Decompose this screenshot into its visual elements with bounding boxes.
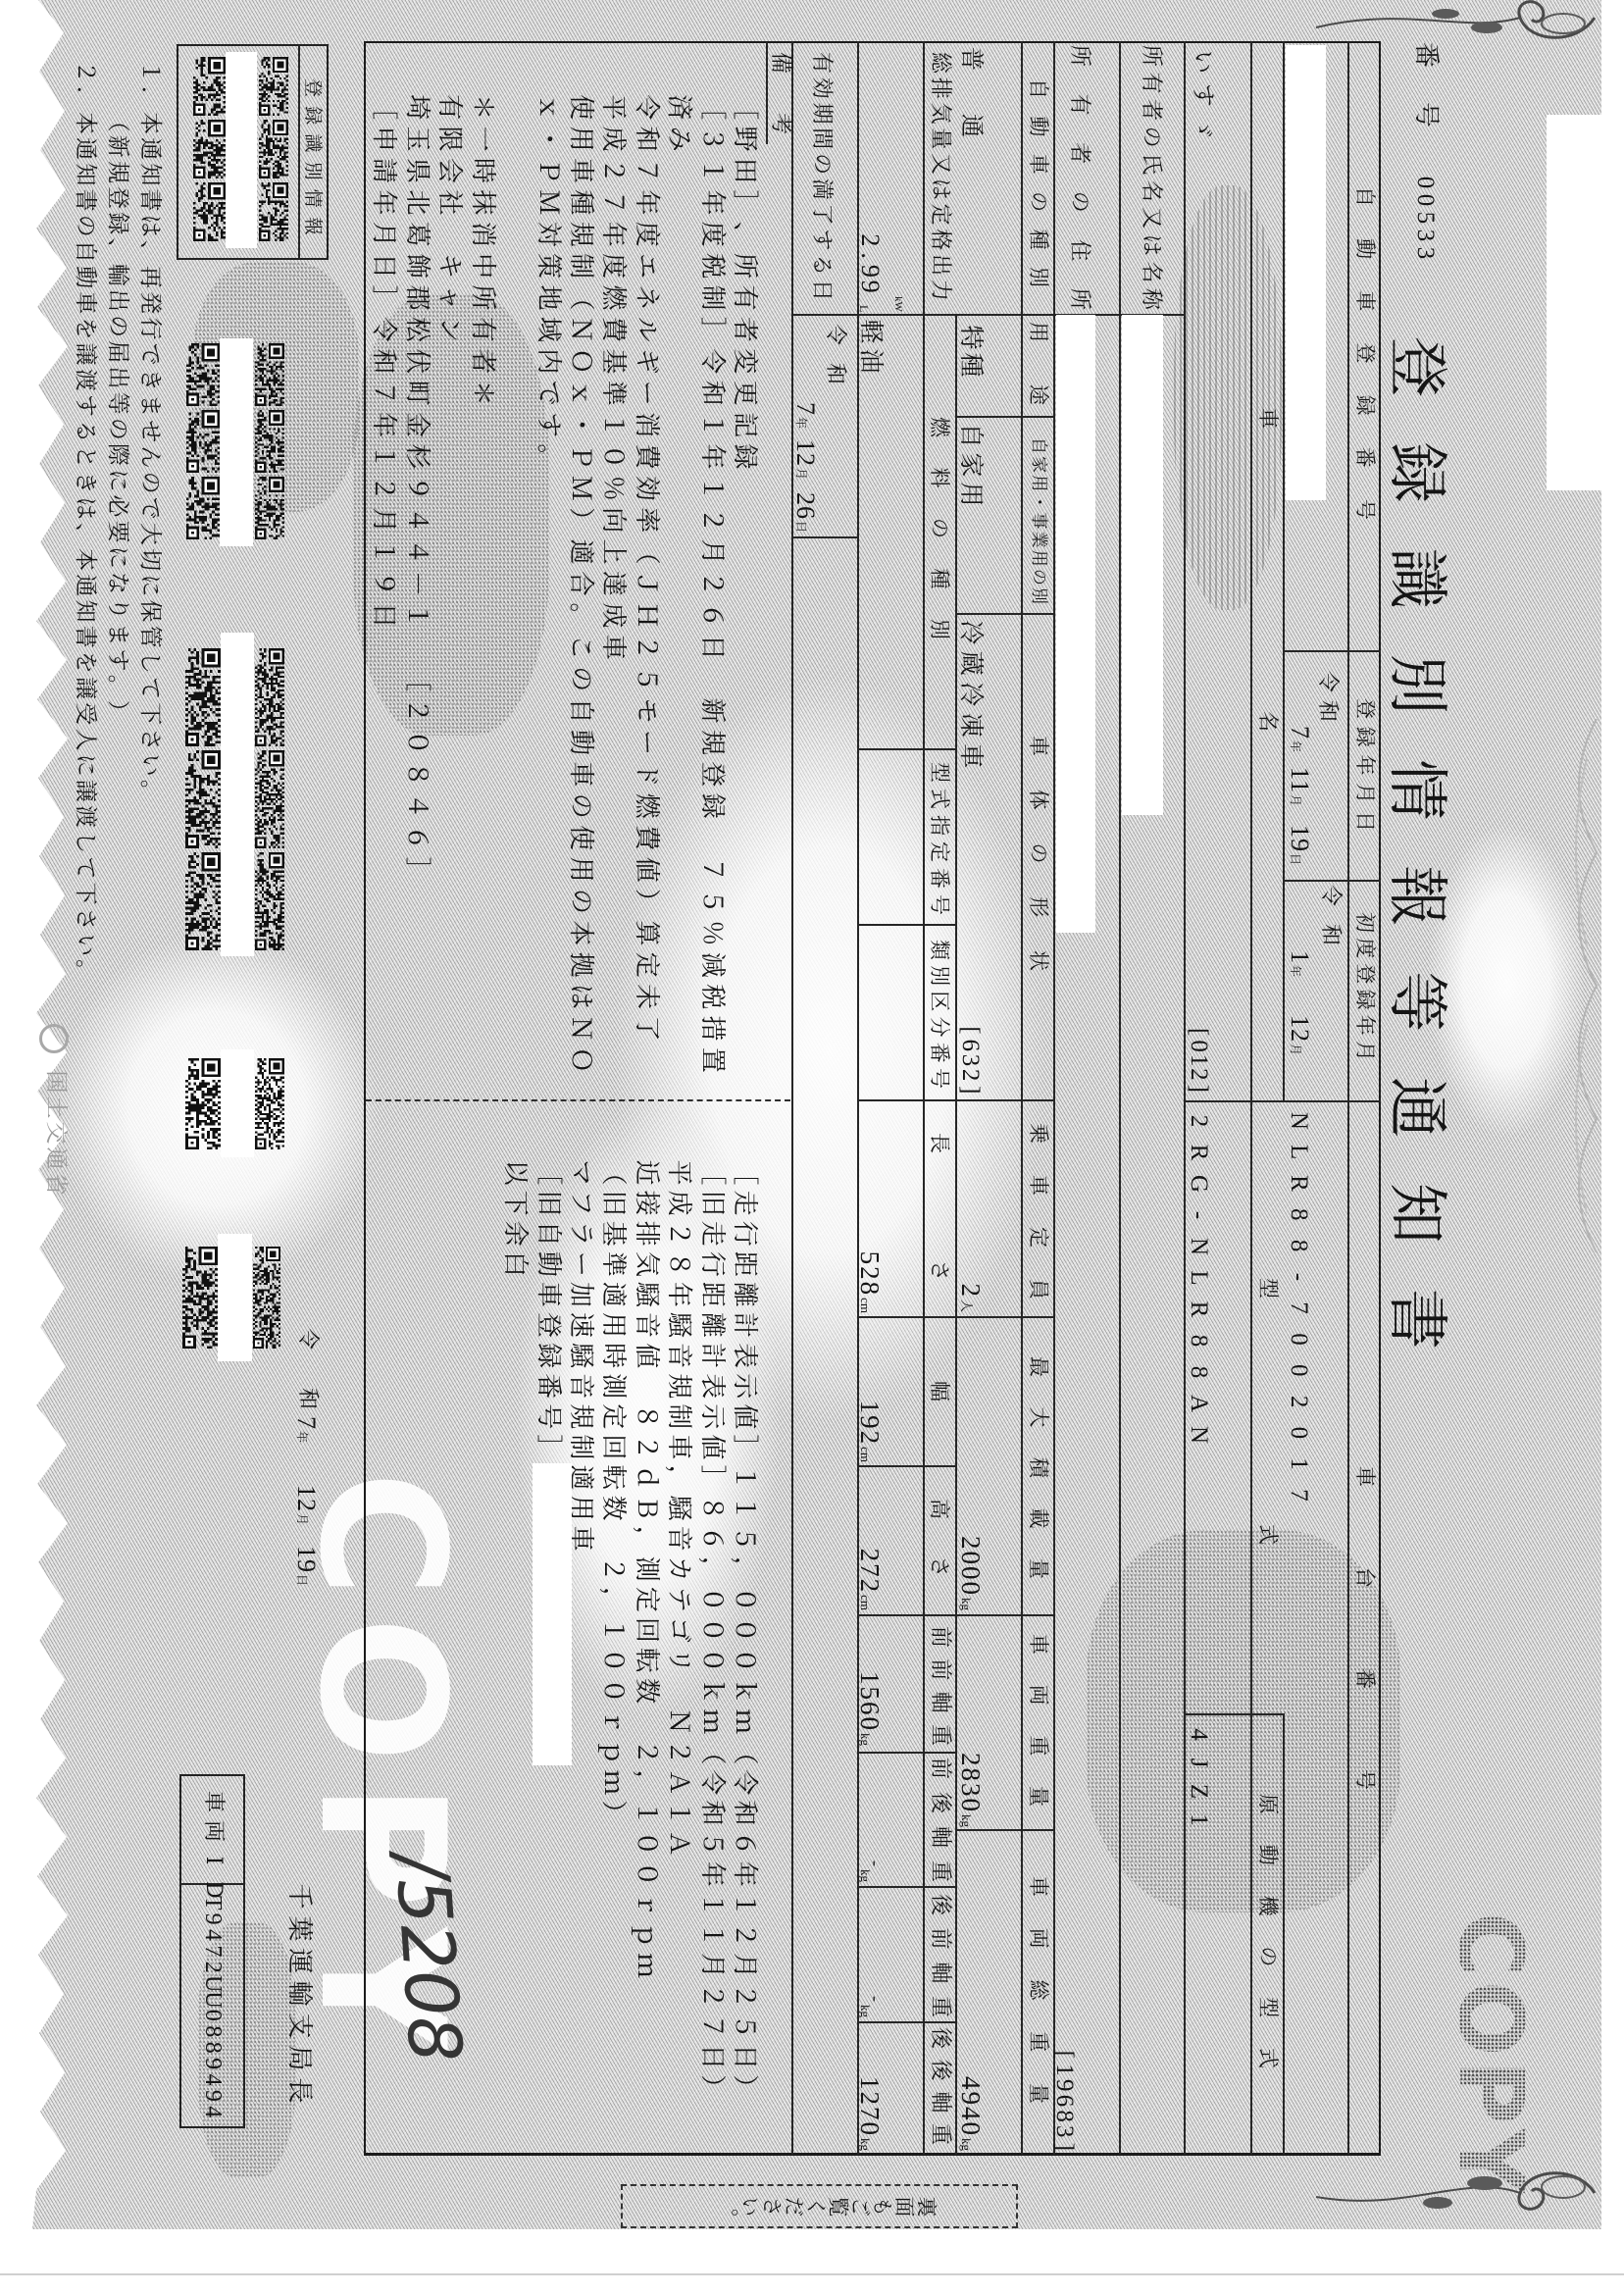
unit-kg: kg [858, 2138, 873, 2151]
glyph: 6 [1052, 2093, 1077, 2109]
glyph: 0 [1287, 1417, 1311, 1449]
glyph: 申 [371, 123, 396, 154]
label-vehicle-class: 自動車の種別 [1028, 78, 1048, 287]
glyph: 上 [600, 535, 626, 567]
glyph: [ [1052, 2047, 1077, 2063]
glyph: 式 [1257, 1524, 1278, 1545]
glyph: 規 [666, 1371, 691, 1402]
glyph: ． [138, 84, 161, 110]
glyph: 野 [732, 123, 757, 154]
table-rule [1185, 1100, 1381, 1102]
glyph: １ [600, 1614, 626, 1645]
redaction-box [1547, 115, 1601, 490]
glyph: 令 [371, 314, 396, 345]
glyph: 報 [303, 217, 322, 235]
glyph: マ [568, 1157, 593, 1188]
glyph: は [568, 981, 593, 1012]
glyph: 1 [1287, 1449, 1311, 1480]
2d-code [255, 750, 284, 848]
2d-code [255, 1058, 284, 1149]
table-rule [858, 1886, 956, 1888]
glyph: 自 [568, 694, 593, 726]
glyph: 表 [732, 1341, 757, 1371]
day-number: 19 [1286, 825, 1314, 852]
max-load-number: 2000 [956, 1536, 986, 1597]
rf-axle-weight-value: -kg [856, 1996, 883, 2017]
glyph: 日 [732, 2042, 757, 2072]
glyph: 定 [634, 949, 659, 981]
glyph: 動 [1354, 238, 1375, 259]
glyph: 請 [371, 155, 396, 186]
glyph: 有 [1068, 94, 1090, 116]
glyph: 8 [1052, 2109, 1077, 2124]
glyph: ［ [535, 1157, 561, 1188]
glyph: し [138, 649, 161, 675]
glyph: 軽 [859, 317, 884, 346]
glyph: 、 [74, 521, 96, 546]
glyph: 平 [666, 1157, 691, 1188]
month-number: 12 [1286, 1015, 1314, 1043]
fr-axle-weight-number: - [866, 1861, 886, 1868]
label-registration-date: 登録年月日 [1354, 698, 1375, 832]
glyph: 走 [699, 1218, 725, 1249]
glyph: N [1187, 1419, 1211, 1451]
glyph: 類 [929, 940, 949, 960]
glyph: １ [371, 440, 396, 472]
glyph: 成 [600, 123, 626, 154]
glyph: 旧 [600, 1188, 626, 1218]
glyph: 渡 [74, 367, 96, 392]
table-rule [956, 613, 1054, 615]
glyph: 7 [1287, 1293, 1311, 1324]
document-title: 登録識別情報等通知書 [1387, 336, 1447, 1350]
glyph: 用 [959, 480, 984, 509]
redaction-box [1122, 315, 1163, 815]
glyph: Ｊ [634, 568, 659, 599]
glyph: 録 [303, 106, 322, 125]
glyph: 体 [1028, 790, 1048, 810]
glyph: 重 [929, 1861, 950, 1882]
glyph: ７ [634, 155, 659, 186]
glyph: 凍 [959, 710, 984, 741]
2d-code-graphic [185, 648, 221, 746]
unit-cm: cm [858, 1298, 873, 1313]
glyph: の [74, 213, 96, 238]
glyph: 和 [699, 378, 725, 409]
glyph: １ [634, 1798, 659, 1828]
glyph: １ [732, 1462, 757, 1493]
glyph: 8 [201, 2040, 225, 2056]
glyph: ％ [699, 917, 725, 948]
glyph: の [1028, 843, 1048, 864]
glyph: ネ [634, 281, 659, 313]
glyph: 値 [634, 853, 659, 885]
glyph: 加 [568, 1279, 593, 1309]
glyph: 定 [600, 1402, 626, 1432]
glyph: 令 [824, 324, 845, 345]
glyph: 前 [929, 1928, 950, 1950]
glyph: ７ [699, 2012, 725, 2042]
glyph: 量 [1028, 1558, 1048, 1579]
glyph: ， [634, 1523, 659, 1554]
glyph: い [74, 932, 96, 957]
glyph: 定 [929, 841, 949, 862]
glyph: 考 [769, 113, 790, 134]
glyph: 本 [74, 547, 96, 573]
remarks-line: ＊一時抹消中所有者＊ [470, 91, 495, 409]
glyph: 油 [859, 346, 884, 376]
issue-date-month: 12月 [293, 1485, 319, 1525]
label-registration-number: 自動車登録番号 [1354, 186, 1375, 520]
redaction-box [226, 52, 257, 248]
2d-code [185, 1058, 221, 1149]
glyph: 書 [138, 187, 161, 213]
glyph: ， [634, 1767, 659, 1798]
glyph: 高 [929, 1499, 949, 1519]
label-gross-weight: 車両総重量 [1028, 1876, 1048, 2104]
glyph: 所 [1068, 45, 1090, 67]
glyph: 基 [600, 1218, 626, 1249]
table-rule [1283, 1713, 1285, 2155]
remarks-line: 埼玉県北葛飾郡松伏町金杉９４４－１ ［２０８４６］ [404, 91, 430, 886]
glyph: の [1068, 191, 1090, 213]
glyph: み [666, 123, 691, 154]
glyph: 番 [1354, 1668, 1375, 1689]
glyph: 基 [600, 345, 626, 377]
glyph [404, 632, 430, 663]
glyph: 8 [201, 2023, 225, 2039]
glyph: 4 [201, 2104, 225, 2119]
glyph: ， [732, 1554, 757, 1584]
glyph: で [138, 341, 161, 367]
glyph: 杉 [404, 440, 430, 472]
redaction-box [221, 633, 254, 956]
glyph: さ [138, 727, 161, 752]
year-unit: 年 [794, 417, 808, 429]
glyph: 策 [535, 250, 561, 281]
glyph: ９ [371, 568, 396, 599]
glyph: 2 [1287, 1386, 1311, 1417]
glyph: ・ [535, 123, 561, 154]
remarks-line: （旧基準適用時測定回転数 ２，１００ｒｐｍ） [600, 1157, 626, 1828]
glyph: ] [1052, 2139, 1077, 2155]
table-rule [956, 1829, 1054, 1831]
glyph: ゞ [1192, 112, 1215, 145]
2d-code-graphic [185, 750, 221, 848]
glyph: 届 [106, 339, 128, 365]
glyph: 3 [958, 1052, 983, 1067]
glyph: 者 [732, 314, 757, 345]
glyph: を [74, 649, 96, 675]
glyph: 車 [1028, 1876, 1048, 1897]
2d-code [253, 1247, 280, 1349]
2d-code-graphic [255, 750, 284, 848]
glyph: １ [666, 1798, 691, 1828]
glyph: 0 [1187, 1039, 1211, 1052]
glyph: 9 [857, 264, 883, 280]
table-rule [1283, 41, 1285, 1100]
glyph: 離 [699, 1309, 725, 1340]
glyph: （ [699, 1737, 725, 1767]
glyph: ラ [568, 1218, 593, 1249]
glyph: 日 [699, 2042, 725, 2072]
glyph: 規 [568, 219, 593, 250]
glyph: 型 [929, 762, 949, 783]
glyph: 情 [1387, 760, 1447, 821]
glyph: 車 [1257, 408, 1278, 429]
glyph: 録 [535, 1341, 561, 1371]
glyph: 称 [1140, 288, 1161, 310]
2d-code [193, 57, 226, 116]
glyph: 燃 [634, 790, 659, 822]
glyph: 形 [1028, 896, 1048, 917]
glyph: ＊ [470, 378, 495, 409]
month-number: 11 [1286, 767, 1314, 793]
glyph: 人 [74, 727, 96, 752]
glyph: 2 [201, 1960, 225, 1975]
glyph: 算 [634, 917, 659, 948]
glyph [634, 1707, 659, 1737]
glyph: 受 [74, 701, 96, 727]
day-unit: 日 [794, 521, 808, 533]
glyph: ６ [404, 822, 430, 853]
label-body-shape: 車体の形状 [1028, 736, 1048, 971]
glyph: 町 [404, 378, 430, 409]
2d-code-graphic [186, 343, 220, 406]
glyph: １ [699, 1889, 725, 1919]
label-private-commercial: 自家用・事業用の別 [1030, 437, 1046, 604]
expiry-date-year: 7年 [792, 402, 818, 429]
glyph: 車 [1028, 736, 1048, 756]
table-rule [1284, 880, 1381, 882]
glyph: 未 [634, 981, 659, 1012]
glyph: 自 [1354, 186, 1375, 207]
glyph: 和 [296, 1388, 318, 1409]
glyph: － [404, 568, 430, 599]
glyph: 自 [535, 1218, 561, 1249]
glyph: 8 [1187, 1325, 1211, 1356]
glyph: 和 [371, 345, 396, 377]
glyph: 名 [1140, 261, 1161, 282]
glyph: 新 [699, 694, 725, 726]
glyph: 1 [1187, 1806, 1211, 1834]
glyph: １ [138, 59, 161, 84]
table-rule [1184, 41, 1186, 2155]
glyph: 車 [1354, 1466, 1375, 1487]
glyph: 期 [810, 103, 832, 125]
length-value: 528cm [856, 1251, 883, 1313]
table-rule [858, 1316, 1054, 1318]
glyph: 載 [1028, 1508, 1048, 1529]
glyph [436, 219, 462, 250]
glyph: ー [634, 727, 659, 758]
glyph: ［ [371, 91, 396, 123]
glyph: ド [634, 758, 659, 790]
glyph: Ｐ [535, 155, 561, 186]
glyph: Ａ [666, 1828, 691, 1859]
glyph: 使 [568, 822, 593, 853]
glyph: 車 [1354, 290, 1375, 311]
glyph: 家 [959, 450, 984, 480]
glyph: 重 [1028, 1735, 1048, 1756]
glyph: 値 [699, 1432, 725, 1462]
glyph: 再 [138, 265, 161, 290]
remarks-line: ［３１年度税制］令和１年１２月２６日 新規登録 ７５％減税措置 [699, 91, 725, 1076]
redaction-box [220, 338, 253, 546]
glyph: 知 [74, 162, 96, 187]
glyph: 初 [1354, 912, 1375, 933]
glyph: ２ [699, 568, 725, 599]
month-unit: 月 [295, 1513, 309, 1525]
glyph: 途 [1028, 384, 1048, 405]
glyph: 時 [470, 155, 495, 186]
glyph: 書 [1387, 1289, 1447, 1350]
glyph: 下 [138, 701, 161, 727]
registration-date-era: 令和 [1316, 671, 1338, 722]
glyph: 日 [371, 599, 396, 631]
unit-kg: kg [858, 2005, 873, 2017]
glyph: 大 [1028, 1407, 1048, 1428]
glyph: 通 [44, 1146, 67, 1171]
glyph: ル [634, 314, 659, 345]
glyph: し [74, 830, 96, 855]
redaction-box [1286, 45, 1326, 500]
glyph: 又 [1140, 207, 1161, 229]
month-unit: 月 [1289, 794, 1302, 806]
glyph: 4 [201, 1927, 225, 1943]
table-rule [1053, 41, 1055, 2155]
glyph: 知 [1387, 1183, 1447, 1244]
glyph [699, 663, 725, 694]
glyph: ２ [666, 1737, 691, 1767]
glyph: 名 [1257, 711, 1278, 732]
glyph: - [1187, 1199, 1211, 1231]
glyph: 番 [535, 1371, 561, 1402]
glyph: 者 [1068, 142, 1090, 164]
glyph: 登 [699, 758, 725, 790]
glyph: で [535, 378, 561, 409]
registration-date-day: 19日 [1287, 825, 1312, 865]
glyph: １ [600, 409, 626, 440]
glyph: 年 [1354, 1015, 1375, 1036]
glyph: 大 [138, 521, 161, 546]
scanned-page: COPY COPY 番号 00533 登録識別情報等通知書 [0, 0, 1624, 2294]
unit-cm: cm [858, 1595, 873, 1610]
glyph: ０ [732, 1646, 757, 1676]
table-rule [1119, 41, 1121, 2155]
glyph: 転 [600, 1462, 626, 1493]
glyph: て [74, 855, 96, 881]
glyph: 規 [568, 1402, 593, 1432]
glyph: 制 [568, 1432, 593, 1462]
2d-code-graphic [253, 1247, 280, 1349]
vehicle-name-value: いすゞ [1192, 45, 1215, 145]
table-rule [858, 748, 956, 750]
glyph: 員 [1028, 1279, 1048, 1300]
displacement-value: 2.99 [857, 232, 883, 294]
2d-code-graphic [193, 120, 226, 178]
issue-date-year: 7年 [293, 1416, 319, 1443]
glyph: 車 [1028, 154, 1048, 175]
redaction-box [533, 1463, 572, 1765]
glyph: 接 [634, 1188, 659, 1218]
glyph: ５ [699, 886, 725, 917]
glyph: 和 [1319, 924, 1341, 945]
vehicle-id-value: T9472UU0889494 [201, 1895, 225, 2119]
glyph: ｘ [568, 378, 593, 409]
glyph: 局 [286, 2042, 312, 2074]
glyph: 登 [1354, 963, 1375, 984]
glyph: 軸 [929, 2091, 950, 2113]
glyph: 北 [404, 186, 430, 218]
glyph: 定 [634, 1584, 659, 1614]
glyph: 。 [535, 440, 561, 472]
glyph: 率 [634, 504, 659, 535]
glyph: 年 [634, 186, 659, 218]
glyph: 9 [201, 2088, 225, 2104]
glyph: １ [404, 599, 430, 631]
chassis-number-value: NLR88-7002017 [1287, 1105, 1311, 1510]
glyph: 本 [74, 110, 96, 135]
glyph: 、 [106, 236, 128, 262]
capacity-value: 2人 [957, 1283, 984, 1312]
glyph: ＊ [470, 91, 495, 123]
glyph: 行 [138, 316, 161, 341]
glyph: 税 [699, 981, 725, 1012]
glyph: ［ [699, 1157, 725, 1188]
glyph: い [1192, 45, 1215, 78]
remarks-line: 済み [666, 91, 691, 155]
glyph: 置 [699, 1045, 725, 1076]
label-width: 幅 [929, 1381, 949, 1402]
glyph: せ [138, 419, 161, 444]
glyph: 騒 [666, 1493, 691, 1523]
glyph [699, 822, 725, 853]
glyph: １ [699, 473, 725, 504]
table-rule [1250, 41, 1252, 2155]
glyph: R [1187, 1294, 1211, 1325]
glyph: 月 [371, 504, 396, 535]
glyph: ２ [666, 1218, 691, 1249]
glyph: 土 [44, 1095, 67, 1120]
ministry-emblem-icon [39, 1024, 69, 1053]
first-registration-era: 令和 [1319, 885, 1341, 945]
glyph: ま [138, 392, 161, 418]
label-engine-model: 原動機の型式 [1257, 1794, 1278, 2068]
glyph: 新 [106, 133, 128, 159]
glyph: の [810, 153, 832, 175]
glyph: 騒 [634, 1279, 659, 1309]
glyph: 車 [959, 740, 984, 772]
glyph: 測 [634, 1554, 659, 1584]
glyph: 運 [286, 1945, 312, 1977]
glyph: 省 [44, 1171, 67, 1197]
glyph: 指 [929, 815, 949, 836]
glyph: 量 [1028, 1786, 1048, 1807]
remarks-line: ［旧走行距離計表示値］８６，０００ｋｍ（令和５年１１月２７日） [699, 1157, 725, 2103]
glyph: 重 [929, 1996, 950, 2017]
glyph: 、 [732, 219, 757, 250]
glyph: ｋ [732, 1676, 757, 1707]
glyph: 月 [699, 1950, 725, 1980]
glyph: 登 [535, 1309, 561, 1340]
glyph: 識 [303, 133, 322, 152]
glyph: 日 [699, 632, 725, 663]
month-unit: 月 [794, 468, 808, 480]
glyph: 情 [303, 189, 322, 208]
glyph: 録 [699, 790, 725, 822]
unit-kw: kW [892, 296, 903, 312]
